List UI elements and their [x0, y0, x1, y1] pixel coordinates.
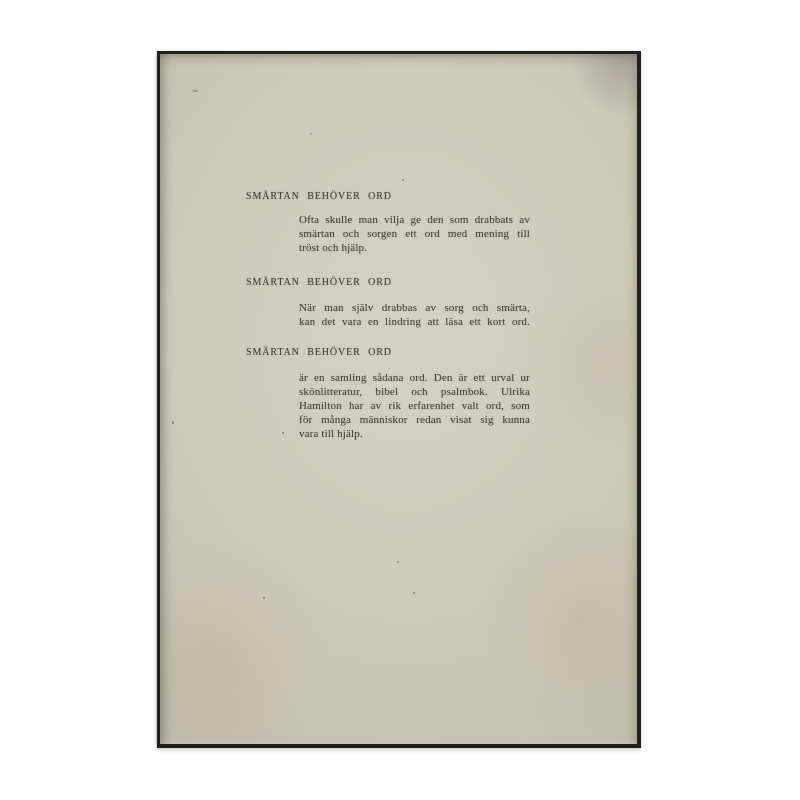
- paper-speck: [402, 179, 404, 181]
- section-2-paragraph: När man själv drabbas av sorg och smärta…: [299, 301, 530, 329]
- paragraph-line: tröst och hjälp.: [299, 241, 530, 255]
- paragraph-line: När man själv drabbas av sorg och smärta…: [299, 301, 530, 315]
- paper-speck: [310, 133, 312, 135]
- paragraph-line: skönlitteratur, bibel och psalmbok. Ulri…: [299, 385, 530, 399]
- paper-speck: [263, 597, 265, 599]
- paragraph-line: smärtan och sorgen ett ord med mening ti…: [299, 227, 530, 241]
- section-2-heading: SMÄRTAN BEHÖVER ORD: [246, 277, 392, 288]
- paragraph-line: kan det vara en lindring att läsa ett ko…: [299, 315, 530, 329]
- paper-speck: [172, 421, 174, 424]
- paper-speck: [413, 592, 415, 594]
- paragraph-line: för många människor redan visat sig kunn…: [299, 413, 530, 427]
- paragraph-line: är en samling sådana ord. Den är ett urv…: [299, 371, 530, 385]
- section-3-heading: SMÄRTAN BEHÖVER ORD: [246, 347, 392, 358]
- section-1-paragraph: Ofta skulle man vilja ge den som drabbat…: [299, 213, 530, 255]
- section-3-paragraph: är en samling sådana ord. Den är ett urv…: [299, 371, 530, 441]
- section-1-heading: SMÄRTAN BEHÖVER ORD: [246, 191, 392, 202]
- paragraph-line: Ofta skulle man vilja ge den som drabbat…: [299, 213, 530, 227]
- paper-speck: [193, 90, 198, 92]
- paragraph-line: vara till hjälp.: [299, 427, 530, 441]
- book-back-cover: SMÄRTAN BEHÖVER ORD Ofta skulle man vilj…: [157, 51, 641, 748]
- paper-speck: [282, 432, 284, 434]
- photo-background: SMÄRTAN BEHÖVER ORD Ofta skulle man vilj…: [0, 0, 800, 800]
- paragraph-line: Hamilton har av rik erfarenhet valt ord,…: [299, 399, 530, 413]
- paper-speck: [397, 561, 399, 563]
